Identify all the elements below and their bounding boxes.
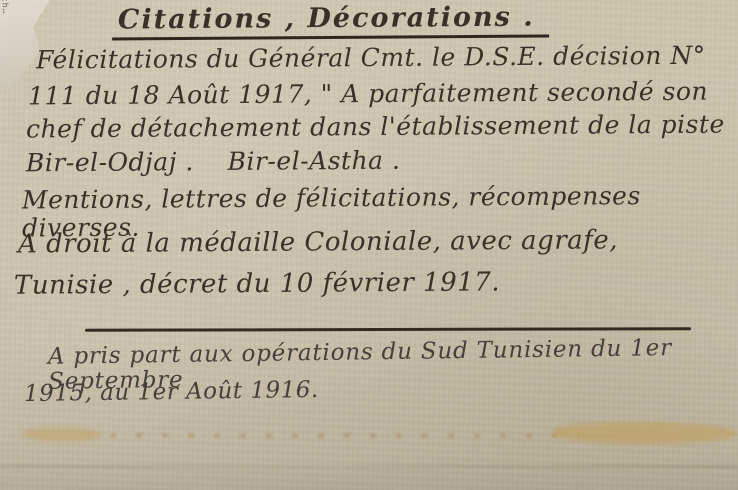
handwritten-note-line: 1915, au 1er Août 1916. — [24, 378, 319, 407]
handwritten-line: Tunisie , décret du 10 février 1917. — [14, 268, 500, 300]
scrap-print-fragment: …ch… — [0, 0, 10, 15]
glue-stain-dotted-trace — [110, 433, 580, 438]
handwritten-line: Bir-el-Odjaj . Bir-el-Astha . — [26, 147, 401, 177]
handwritten-line: A droit à la médaille Coloniale, avec ag… — [18, 226, 728, 260]
glue-stain-right — [552, 422, 738, 444]
handwritten-line: 111 du 18 Août 1917, " A parfaitement se… — [28, 78, 728, 110]
section-heading: Citations , Décorations . — [112, 2, 549, 40]
paper-crease — [0, 465, 738, 468]
section-divider-rule — [85, 327, 691, 332]
glue-stain-left — [22, 428, 102, 441]
record-card: …ch… Citations , Décorations . Félicitat… — [0, 0, 738, 490]
handwritten-line: chef de détachement dans l'établissement… — [26, 111, 726, 143]
handwritten-line: Félicitations du Général Cmt. le D.S.E. … — [36, 42, 726, 74]
